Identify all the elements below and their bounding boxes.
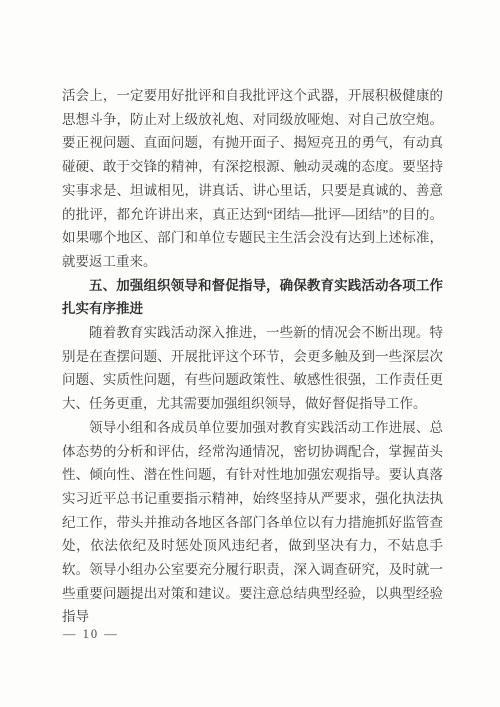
paragraph: 随着教育实践活动深入推进，一些新的情况会不断出现。特别是在查摆问题、开展批评这个… — [62, 321, 443, 416]
paragraph: 领导小组和各成员单位要加强对教育实践活动工作进展、总体态势的分析和评估，经常沟通… — [62, 416, 443, 629]
document-body: 活会上，一定要用好批评和自我批评这个武器，开展积极健康的思想斗争，防止对上级放礼… — [62, 84, 443, 629]
page-number: — 10 — — [63, 627, 119, 642]
section-heading: 五、加强组织领导和督促指导，确保教育实践活动各项工作扎实有序推进 — [62, 274, 443, 321]
document-page: 活会上，一定要用好批评和自我批评这个武器，开展积极健康的思想斗争，防止对上级放礼… — [0, 0, 500, 707]
paragraph-continuation: 活会上，一定要用好批评和自我批评这个武器，开展积极健康的思想斗争，防止对上级放礼… — [62, 84, 443, 274]
